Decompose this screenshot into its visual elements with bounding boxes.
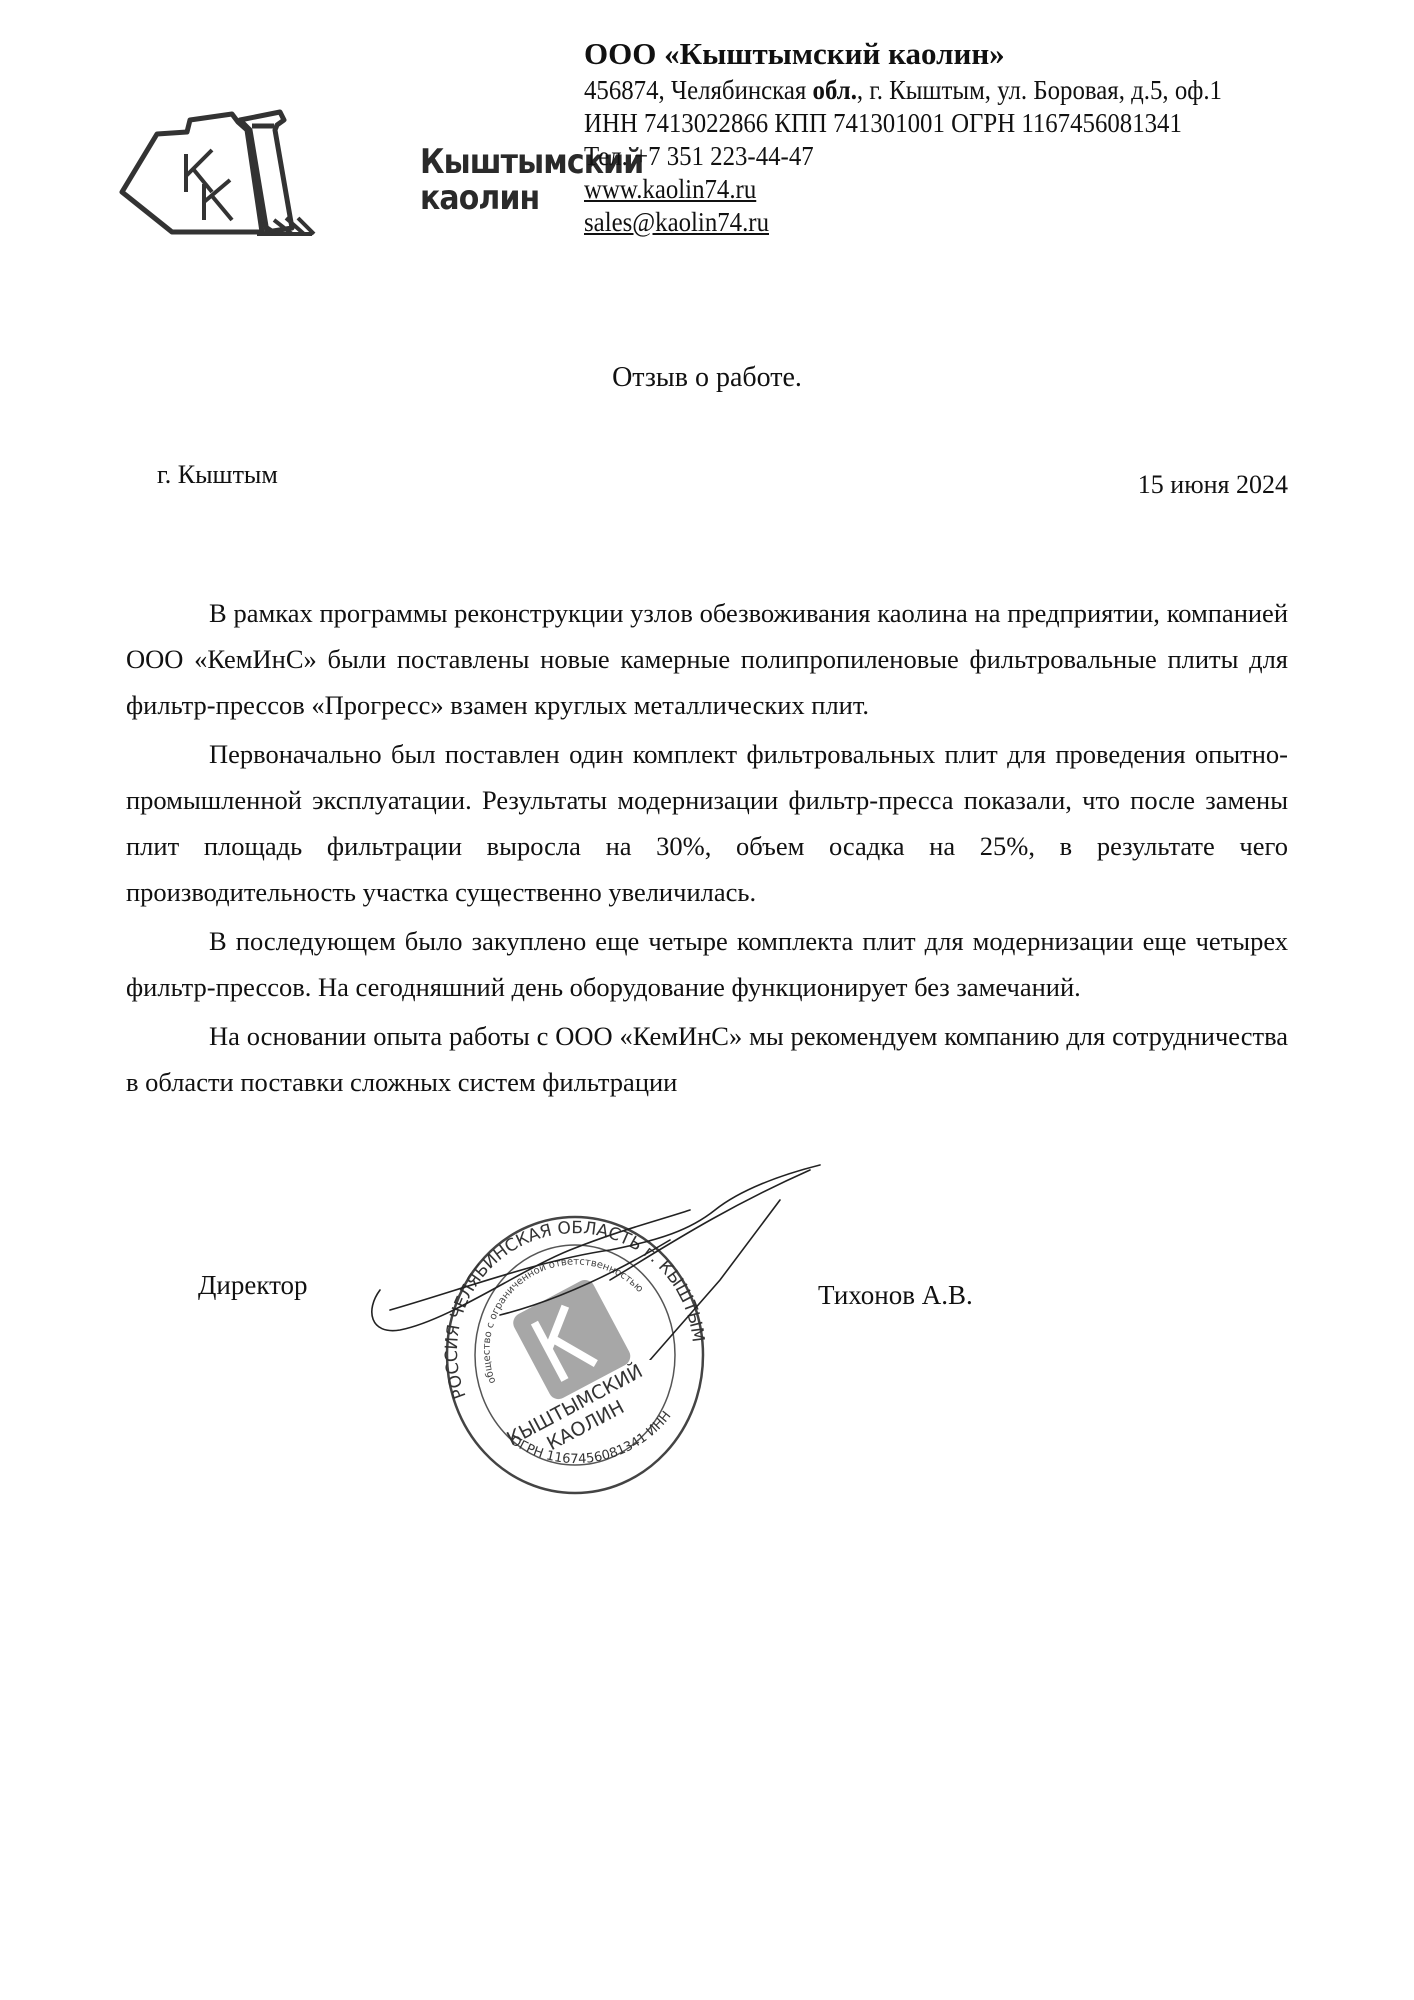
org-phone: Тел. +7 351 223-44-47 [584,140,1222,173]
paragraph-1: В рамках программы реконструкции узлов о… [126,590,1288,728]
address-bold: обл. [813,75,857,105]
letter-page: Кыштымский каолин ООО «Кыштымский каолин… [0,0,1414,2000]
document-title: Отзыв о работе. [0,362,1414,394]
address-suffix: , г. Кыштым, ул. Боровая, д.5, оф.1 [857,75,1222,105]
email-link[interactable]: sales@kaolin74.ru [584,206,769,239]
org-name: ООО «Кыштымский каолин» [584,34,1277,74]
website-link[interactable]: www.kaolin74.ru [584,173,756,206]
document-city: г. Кыштым [157,460,278,490]
handwritten-signature-icon [360,1160,880,1360]
signatory-role: Директор [198,1270,308,1301]
letter-body: В рамках программы реконструкции узлов о… [126,590,1288,1105]
paragraph-2: Первоначально был поставлен один комплек… [126,731,1288,915]
org-registration: ИНН 7413022866 КПП 741301001 ОГРН 116745… [584,107,1222,140]
paragraph-4: На основании опыта работы с ООО «КемИнС»… [126,1013,1288,1105]
paragraph-3: В последующем было закуплено еще четыре … [126,918,1288,1010]
org-address: 456874, Челябинская обл., г. Кыштым, ул.… [584,74,1222,107]
kk-monogram-bucket-icon [112,92,412,252]
address-prefix: 456874, Челябинская [584,75,813,105]
document-date: 15 июня 2024 [1138,470,1288,500]
company-logo: Кыштымский каолин [112,92,552,252]
letterhead-details: ООО «Кыштымский каолин» 456874, Челябинс… [584,34,1277,239]
